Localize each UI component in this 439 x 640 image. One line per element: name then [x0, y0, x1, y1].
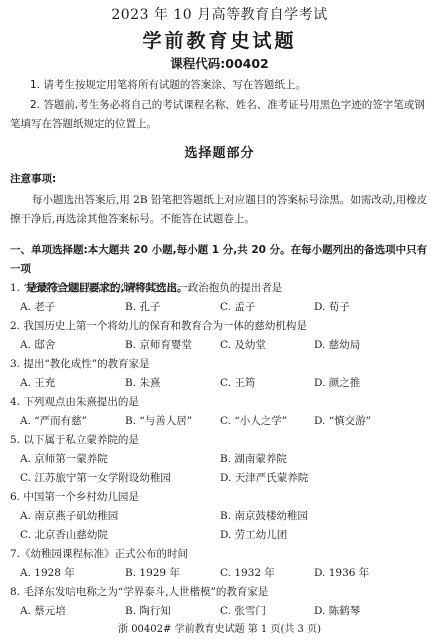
question-7-option-d: D. 1936 年	[314, 565, 369, 580]
question-6-option-a: A. 南京燕子矶幼稚园	[20, 508, 118, 523]
section-title: 选择题部分	[0, 142, 439, 161]
part-one-heading-line1: 一、单项选择题:本大题共 20 小题,每小题 1 分,共 20 分。在每小题列出…	[10, 244, 427, 275]
question-5-stem: 5. 以下属于私立蒙养院的是	[10, 432, 139, 447]
question-7-stem: 7.《幼稚园课程标准》正式公布的时间	[10, 546, 188, 561]
notice-label: 注意事项:	[10, 171, 56, 186]
course-code: 课程代码:00402	[0, 54, 439, 72]
question-2-option-a: A. 邸舍	[20, 337, 55, 352]
question-4-option-b: B. “与善人居”	[125, 413, 192, 428]
question-1-option-b: B. 孔子	[125, 299, 160, 314]
question-8-option-c: C. 张雪门	[220, 603, 266, 618]
question-6-option-b: B. 南京鼓楼幼稚园	[220, 508, 308, 523]
question-7-option-a: A. 1928 年	[20, 565, 75, 580]
paper-title: 学前教育史试题	[0, 26, 439, 53]
question-5-option-c: C. 江苏旅宁第一女学附设幼稚园	[20, 470, 171, 485]
question-3-option-c: C. 王筠	[220, 375, 255, 390]
question-3-stem: 3. 提出“教化成性”的教育家是	[10, 356, 150, 371]
page-footer: 浙 00402# 学前教育史试题 第 1 页(共 3 页)	[0, 620, 439, 635]
instruction-1: 1. 请考生按规定用笔将所有试题的答案涂、写在答题纸上。	[10, 76, 429, 95]
question-4-stem: 4. 下列观点由朱熹提出的是	[10, 394, 139, 409]
question-1-option-c: C. 孟子	[220, 299, 255, 314]
question-8-option-d: D. 陈鹤琴	[314, 603, 360, 618]
question-2-option-c: C. 及幼堂	[220, 337, 266, 352]
question-3-option-b: B. 朱熹	[125, 375, 160, 390]
question-6-option-c: C. 北京香山慈幼院	[20, 527, 108, 542]
question-3-option-a: A. 王充	[20, 375, 55, 390]
notice-body: 每小题选出答案后,用 2B 铅笔把答题纸上对应题目的答案标号涂黑。如需改动,用橡…	[10, 191, 429, 229]
question-3-option-d: D. 颜之推	[314, 375, 360, 390]
question-7-option-c: C. 1932 年	[220, 565, 275, 580]
question-2-option-d: D. 慈幼局	[314, 337, 360, 352]
question-4-option-d: D. “慎交游”	[314, 413, 371, 428]
question-5-option-b: B. 湖南蒙养院	[220, 451, 287, 466]
exam-page: 2023 年 10 月高等教育自学考试 学前教育史试题 课程代码:00402 1…	[0, 0, 439, 640]
question-8-option-a: A. 蔡元培	[20, 603, 66, 618]
question-7-option-b: B. 1929 年	[125, 565, 180, 580]
question-8-option-b: B. 陶行知	[125, 603, 171, 618]
question-4-option-a: A. “严而有慈”	[20, 413, 87, 428]
question-5-option-a: A. 京师第一蒙养院	[20, 451, 108, 466]
question-2-stem: 2. 我国历史上第一个将幼儿的保育和教育合为一体的慈幼机构是	[10, 318, 307, 333]
question-2-option-b: B. 京师育婴堂	[125, 337, 192, 352]
question-5-option-d: D. 天津严氏蒙养院	[220, 470, 308, 485]
question-8-stem: 8. 毛泽东发唁电称之为“学界泰斗,人世楷模”的教育家是	[10, 584, 268, 599]
question-1-stem: 1. “老者安之,朋友信之,少者怀之”这一政治抱负的提出者是	[10, 280, 282, 295]
question-1-option-a: A. 老子	[20, 299, 55, 314]
question-4-option-c: C. “小人之学”	[220, 413, 287, 428]
question-6-stem: 6. 中国第一个乡村幼儿园是	[10, 489, 139, 504]
instruction-2: 2. 答题前,考生务必将自己的考试课程名称、姓名、准考证号用黑色字迹的签字笔或钢…	[10, 96, 429, 134]
question-1-option-d: D. 荀子	[314, 299, 350, 314]
question-6-option-d: D. 劳工幼儿团	[220, 527, 287, 542]
exam-year-heading: 2023 年 10 月高等教育自学考试	[0, 4, 439, 24]
